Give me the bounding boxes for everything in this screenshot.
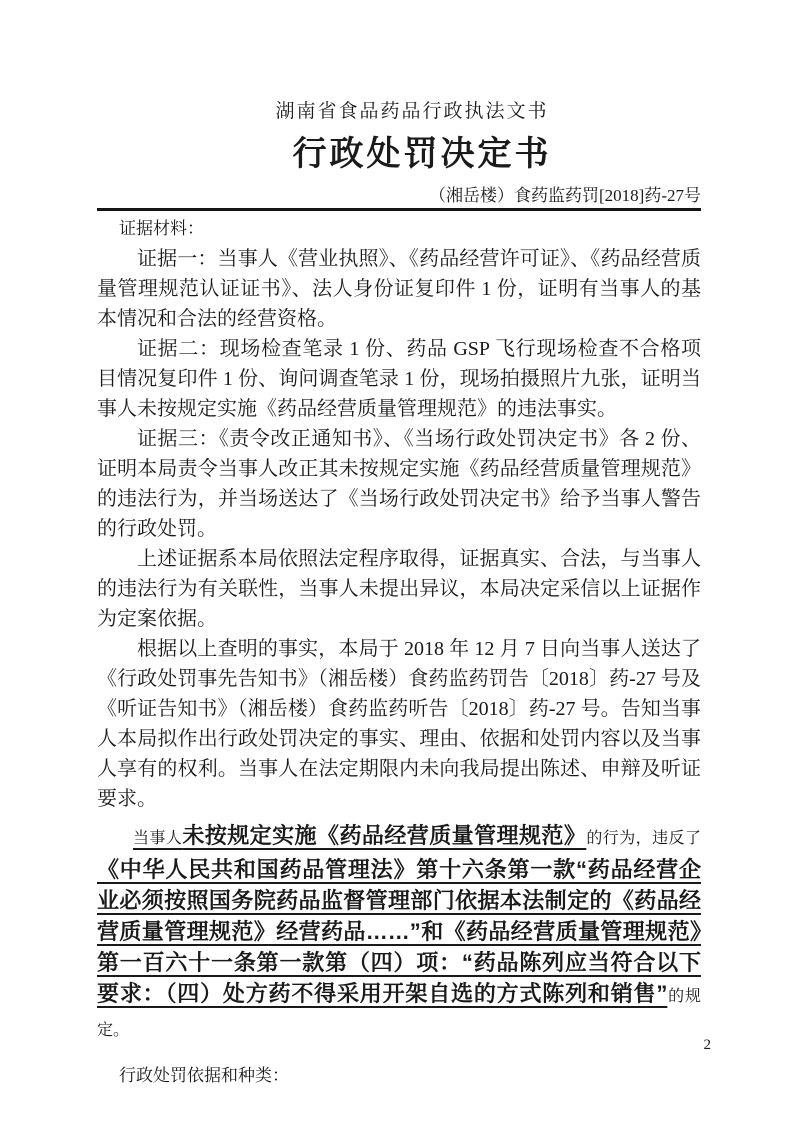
legal-segment-law-citation: 《中华人民共和国药品管理法》第十六条第一款“药品经营企业必须按照国务院药品监督管… <box>97 857 701 1006</box>
legal-segment-violation: 未按规定实施《药品经营质量管理规范》 <box>182 823 586 848</box>
document-number: （湘岳楼）食药监药罚[2018]药-27号 <box>97 186 701 206</box>
header-divider <box>97 208 701 211</box>
document-category-header: 湖南省食品药品行政执法文书 <box>97 0 701 123</box>
paragraph-notification: 根据以上查明的事实，本局于 2018 年 12 月 7 日向当事人送达了《行政处… <box>97 634 701 814</box>
document-content: 湖南省食品药品行政执法文书 行政处罚决定书 （湘岳楼）食药监药罚[2018]药-… <box>97 0 701 1087</box>
legal-segment-party: 当事人 <box>133 830 182 847</box>
evidence-section: 证据一：当事人《营业执照》、《药品经营许可证》、《药品经营质量管理规范认证证书》… <box>97 244 701 814</box>
page-title: 行政处罚决定书 <box>97 135 701 175</box>
paragraph-evidence-conclusion: 上述证据系本局依照法定程序取得，证据真实、合法，与当事人的违法行为有关联性，当事… <box>97 544 701 634</box>
section-label-evidence: 证据材料： <box>97 217 701 240</box>
legal-citation-paragraph: 当事人未按规定实施《药品经营质量管理规范》的行为，违反了《中华人民共和国药品管理… <box>97 820 701 1046</box>
paragraph-evidence-1: 证据一：当事人《营业执照》、《药品经营许可证》、《药品经营质量管理规范认证证书》… <box>97 244 701 334</box>
legal-segment-connector: 的行为，违反了 <box>586 830 701 847</box>
section-label-penalty: 行政处罚依据和种类： <box>97 1064 701 1087</box>
document-page: 湖南省食品药品行政执法文书 行政处罚决定书 （湘岳楼）食药监药罚[2018]药-… <box>0 0 793 1122</box>
paragraph-evidence-2: 证据二：现场检查笔录 1 份、药品 GSP 飞行现场检查不合格项目情况复印件 1… <box>97 334 701 424</box>
page-number: 2 <box>704 1036 712 1054</box>
paragraph-evidence-3: 证据三：《责令改正通知书》、《当场行政处罚决定书》各 2 份、证明本局责令当事人… <box>97 424 701 544</box>
